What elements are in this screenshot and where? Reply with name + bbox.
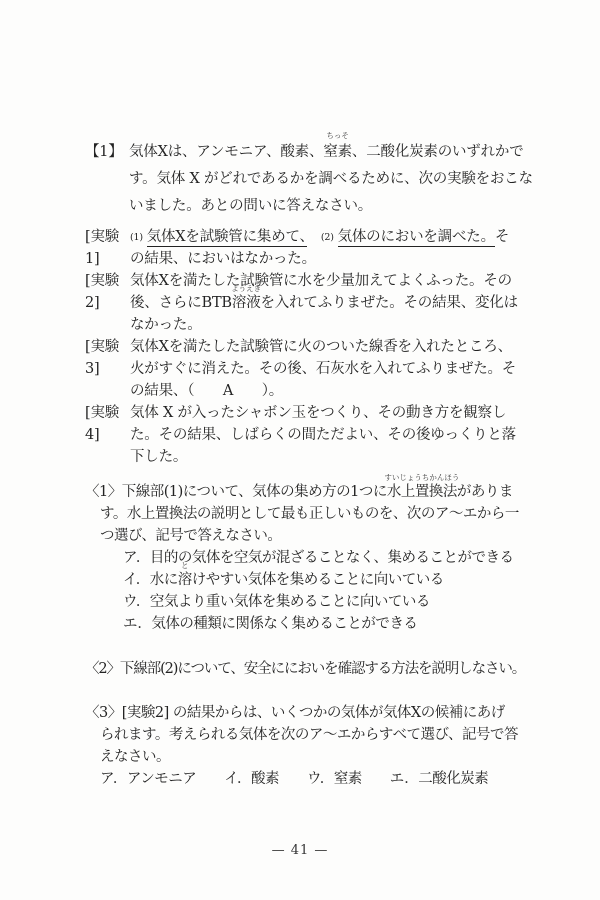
text-line: 気体 X が入ったシャボン玉をつくり、その動き方を観察し <box>130 402 525 424</box>
text-line: す。水上置換法の説明として最も正しいものを、次のア〜エから一 <box>85 503 525 525</box>
text-run: す。気体 X がどれであるかを調べるために、次の実験をおこな <box>129 171 533 187</box>
text-line: の結果、（ A ）。 <box>130 380 525 402</box>
text-run: えなさい。 <box>100 749 170 765</box>
text-run: いました。あとの問いに答えなさい。 <box>129 198 372 214</box>
document-body: 【1】気体Xは、アンモニア、酸素、窒素ちっそ、二酸化炭素のいずれかです。気体 X… <box>85 139 525 790</box>
furigana: と <box>181 562 189 569</box>
text-run: の結果、（ A ）。 <box>130 383 283 399</box>
text-line: 〈3〉[実験2] の結果からは、いくつかの気体が気体Xの候補にあげ <box>85 702 525 724</box>
text-block: 〈1〉下線部(1)について、気体の集め方の1つに水上置換法すいじょうちかんほうが… <box>85 481 525 635</box>
text-line: エ．気体の種類に関係なく集めることができる <box>85 613 525 635</box>
text-run: 後、さらにBTB <box>130 295 232 311</box>
page-number: — 41 — <box>0 843 600 858</box>
text-run: 〈3〉[実験2] の結果からは、いくつかの気体が気体Xの候補にあげ <box>85 705 505 721</box>
text-run <box>307 229 321 245</box>
text-line: 後、さらにBTB溶液ようえきを入れてふりまぜた。その結果、変化は <box>130 292 525 314</box>
block-content: (1) 気体Xを試験管に集めて、 (2) 気体のにおいを調べた。その結果、におい… <box>130 226 525 270</box>
underlined-text: 気体Xを試験管に集めて、 <box>147 229 307 247</box>
text-run: 気体 X が入ったシャボン玉をつくり、その動き方を観察し <box>130 405 506 421</box>
text-line: ア．目的の気体を空気が混ざることなく、集めることができる <box>85 547 525 569</box>
text-run: 〈2〉下線部(2)について、安全ににおいを確認する方法を説明しなさい。 <box>85 661 525 677</box>
block-label: [実験2] <box>85 270 130 314</box>
text-block: 〈2〉下線部(2)について、安全ににおいを確認する方法を説明しなさい。 <box>85 658 525 680</box>
text-run: イ．水に <box>123 572 178 588</box>
furigana: すいじょうちかんほう <box>384 474 459 481</box>
furigana: ちっそ <box>326 132 349 139</box>
text-line: いました。あとの問いに答えなさい。 <box>129 193 533 220</box>
text-run: 、二酸化炭素のいずれかで <box>352 144 524 160</box>
text-block: [実験2]気体Xを満たした試験管に水を少量加えてよくふった。その後、さらにBTB… <box>85 270 525 336</box>
text-block: [実験1](1) 気体Xを試験管に集めて、 (2) 気体のにおいを調べた。その結… <box>85 226 525 270</box>
text-line: た。その結果、しばらくの間ただよい、その後ゆっくりと落 <box>130 424 525 446</box>
text-line: なかった。 <box>130 314 525 336</box>
text-run: 〈1〉下線部(1)について、気体の集め方の1つに <box>85 484 387 500</box>
ruby-run: 水上置換法すいじょうちかんほう <box>387 481 457 503</box>
text-line: (1) 気体Xを試験管に集めて、 (2) 気体のにおいを調べた。そ <box>130 226 525 248</box>
text-line: 気体Xを満たした試験管に水を少量加えてよくふった。その <box>130 270 525 292</box>
block-label: [実験 4] <box>85 402 130 446</box>
text-run: た。その結果、しばらくの間ただよい、その後ゆっくりと落 <box>130 427 516 443</box>
ruby-run: 溶液ようえき <box>232 292 261 314</box>
text-line: ア．アンモニア イ．酸素 ウ．窒素 エ．二酸化炭素 <box>85 768 525 790</box>
block-content: 気体 X が入ったシャボン玉をつくり、その動き方を観察した。その結果、しばらくの… <box>130 402 525 468</box>
text-run: す。水上置換法の説明として最も正しいものを、次のア〜エから一 <box>100 506 519 522</box>
block-label: [実験1] <box>85 226 130 270</box>
text-run: そ <box>495 229 509 245</box>
ruby-run: 窒素ちっそ <box>323 139 352 166</box>
text-line: イ．水に溶とけやすい気体を集めることに向いている <box>85 569 525 591</box>
text-block: [実験 4]気体 X が入ったシャボン玉をつくり、その動き方を観察した。その結果… <box>85 402 525 468</box>
block-content: 気体Xを満たした試験管に火のついた線香を入れたところ、火がすぐに消えた。その後、… <box>130 336 525 402</box>
text-line: 気体Xを満たした試験管に火のついた線香を入れたところ、 <box>130 336 525 358</box>
text-run: ア．アンモニア イ．酸素 ウ．窒素 エ．二酸化炭素 <box>100 771 488 787</box>
ruby-run: 溶と <box>178 569 192 591</box>
text-line: られます。考えられる気体を次のア〜エからすべて選び、記号で答 <box>85 724 525 746</box>
text-run: なかった。 <box>130 317 202 333</box>
block-content: 気体Xを満たした試験管に水を少量加えてよくふった。その後、さらにBTB溶液ようえ… <box>130 270 525 336</box>
text-block: [実験3]気体Xを満たした試験管に火のついた線香を入れたところ、火がすぐに消えた… <box>85 336 525 402</box>
text-line: の結果、においはなかった。 <box>130 248 525 270</box>
text-line: 下した。 <box>130 446 525 468</box>
furigana: ようえき <box>231 285 261 292</box>
text-run: 下した。 <box>130 449 187 465</box>
text-run: の結果、においはなかった。 <box>130 251 316 267</box>
text-line: えなさい。 <box>85 746 525 768</box>
text-line: 火がすぐに消えた。その後、石灰水を入れてふりまぜた。そ <box>130 358 525 380</box>
text-block: 〈3〉[実験2] の結果からは、いくつかの気体が気体Xの候補にあげられます。考え… <box>85 702 525 790</box>
ref-marker: (1) <box>130 232 146 243</box>
text-block: 【1】気体Xは、アンモニア、酸素、窒素ちっそ、二酸化炭素のいずれかです。気体 X… <box>85 139 525 220</box>
text-line: ウ．空気より重い気体を集めることに向いている <box>85 591 525 613</box>
text-run: を入れてふりまぜた。その結果、変化は <box>261 295 518 311</box>
block-label: [実験3] <box>85 336 130 380</box>
text-run: 気体Xは、アンモニア、酸素、 <box>129 144 323 160</box>
text-run: 火がすぐに消えた。その後、石灰水を入れてふりまぜた。そ <box>130 361 516 377</box>
text-line: 気体Xは、アンモニア、酸素、窒素ちっそ、二酸化炭素のいずれかで <box>129 139 533 166</box>
document-page: 【1】気体Xは、アンモニア、酸素、窒素ちっそ、二酸化炭素のいずれかです。気体 X… <box>0 0 600 900</box>
text-line: 〈2〉下線部(2)について、安全ににおいを確認する方法を説明しなさい。 <box>85 658 525 680</box>
text-run: つ選び、記号で答えなさい。 <box>100 528 281 544</box>
text-run: エ．気体の種類に関係なく集めることができる <box>123 616 417 632</box>
text-line: す。気体 X がどれであるかを調べるために、次の実験をおこな <box>129 166 533 193</box>
underlined-text: 気体のにおいを調べた。 <box>338 229 495 247</box>
ref-marker: (2) <box>321 232 337 243</box>
text-run: 気体Xを満たした試験管に火のついた線香を入れたところ、 <box>130 339 512 355</box>
text-run: けやすい気体を集めることに向いている <box>192 572 444 588</box>
block-label: 【1】 <box>85 139 129 166</box>
text-run: がありま <box>457 484 513 500</box>
text-run: 気体Xを満たした試験管に水を少量加えてよくふった。その <box>130 273 512 289</box>
text-line: 〈1〉下線部(1)について、気体の集め方の1つに水上置換法すいじょうちかんほうが… <box>85 481 525 503</box>
text-run: られます。考えられる気体を次のア〜エからすべて選び、記号で答 <box>100 727 518 743</box>
block-content: 気体Xは、アンモニア、酸素、窒素ちっそ、二酸化炭素のいずれかです。気体 X がど… <box>129 139 533 220</box>
text-line: つ選び、記号で答えなさい。 <box>85 525 525 547</box>
text-run: ウ．空気より重い気体を集めることに向いている <box>123 594 430 610</box>
